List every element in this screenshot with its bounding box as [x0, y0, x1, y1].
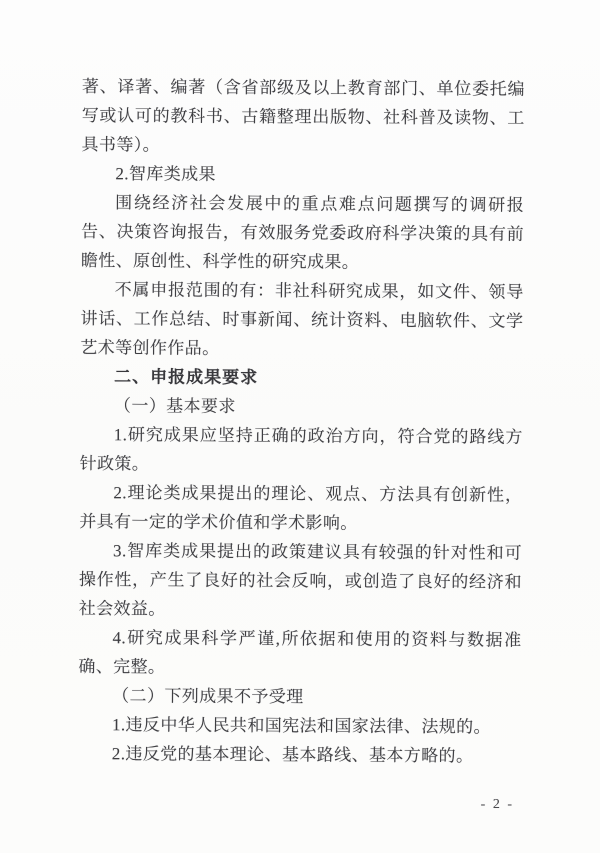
paragraph-continued-types-of-works: 著、译著、编著（含省部级及以上教育部门、单位委托编写或认可的教科书、古籍整理出版… [81, 72, 525, 162]
not-accepted-heading: （二）下列成果不予受理 [78, 681, 521, 713]
paragraph-excluded-scope: 不属申报范围的有：非社科研究成果，如文件、领导讲话、工作总结、时事新闻、统计资料… [80, 275, 524, 365]
paragraph-requirement-4: 4.研究成果科学严谨,所依据和使用的资料与数据准确、完整。 [78, 623, 521, 684]
section-2-heading: 二、申报成果要求 [80, 362, 523, 394]
paragraph-think-tank-results-label: 2.智库类成果 [81, 159, 524, 191]
paragraph-requirement-2: 2.理论类成果提出的理论、观点、方法具有创新性，并具有一定的学术价值和学术影响。 [79, 478, 522, 539]
paragraph-think-tank-results-desc: 围绕经济社会发展中的重点难点问题撰写的调研报告、决策咨询报告，有效服务党委政府科… [81, 188, 525, 278]
scanned-document-page: 著、译著、编著（含省部级及以上教育部门、单位委托编写或认可的教科书、古籍整理出版… [0, 0, 600, 853]
paragraph-not-accepted-1: 1.违反中华人民共和国宪法和国家法律、法规的。 [78, 710, 521, 742]
page-number: - 2 - [481, 797, 514, 813]
paragraph-requirement-3: 3.智库类成果提出的政策建议具有较强的针对性和可操作性，产生了良好的社会反响，或… [79, 536, 523, 626]
basic-requirements-heading: （一）基本要求 [80, 391, 523, 423]
document-text-block: 著、译著、编著（含省部级及以上教育部门、单位委托编写或认可的教科书、古籍整理出版… [78, 72, 525, 771]
paragraph-not-accepted-2: 2.违反党的基本理论、基本路线、基本方略的。 [78, 739, 521, 771]
paragraph-requirement-1: 1.研究成果应坚持正确的政治方向，符合党的路线方针政策。 [80, 420, 523, 481]
